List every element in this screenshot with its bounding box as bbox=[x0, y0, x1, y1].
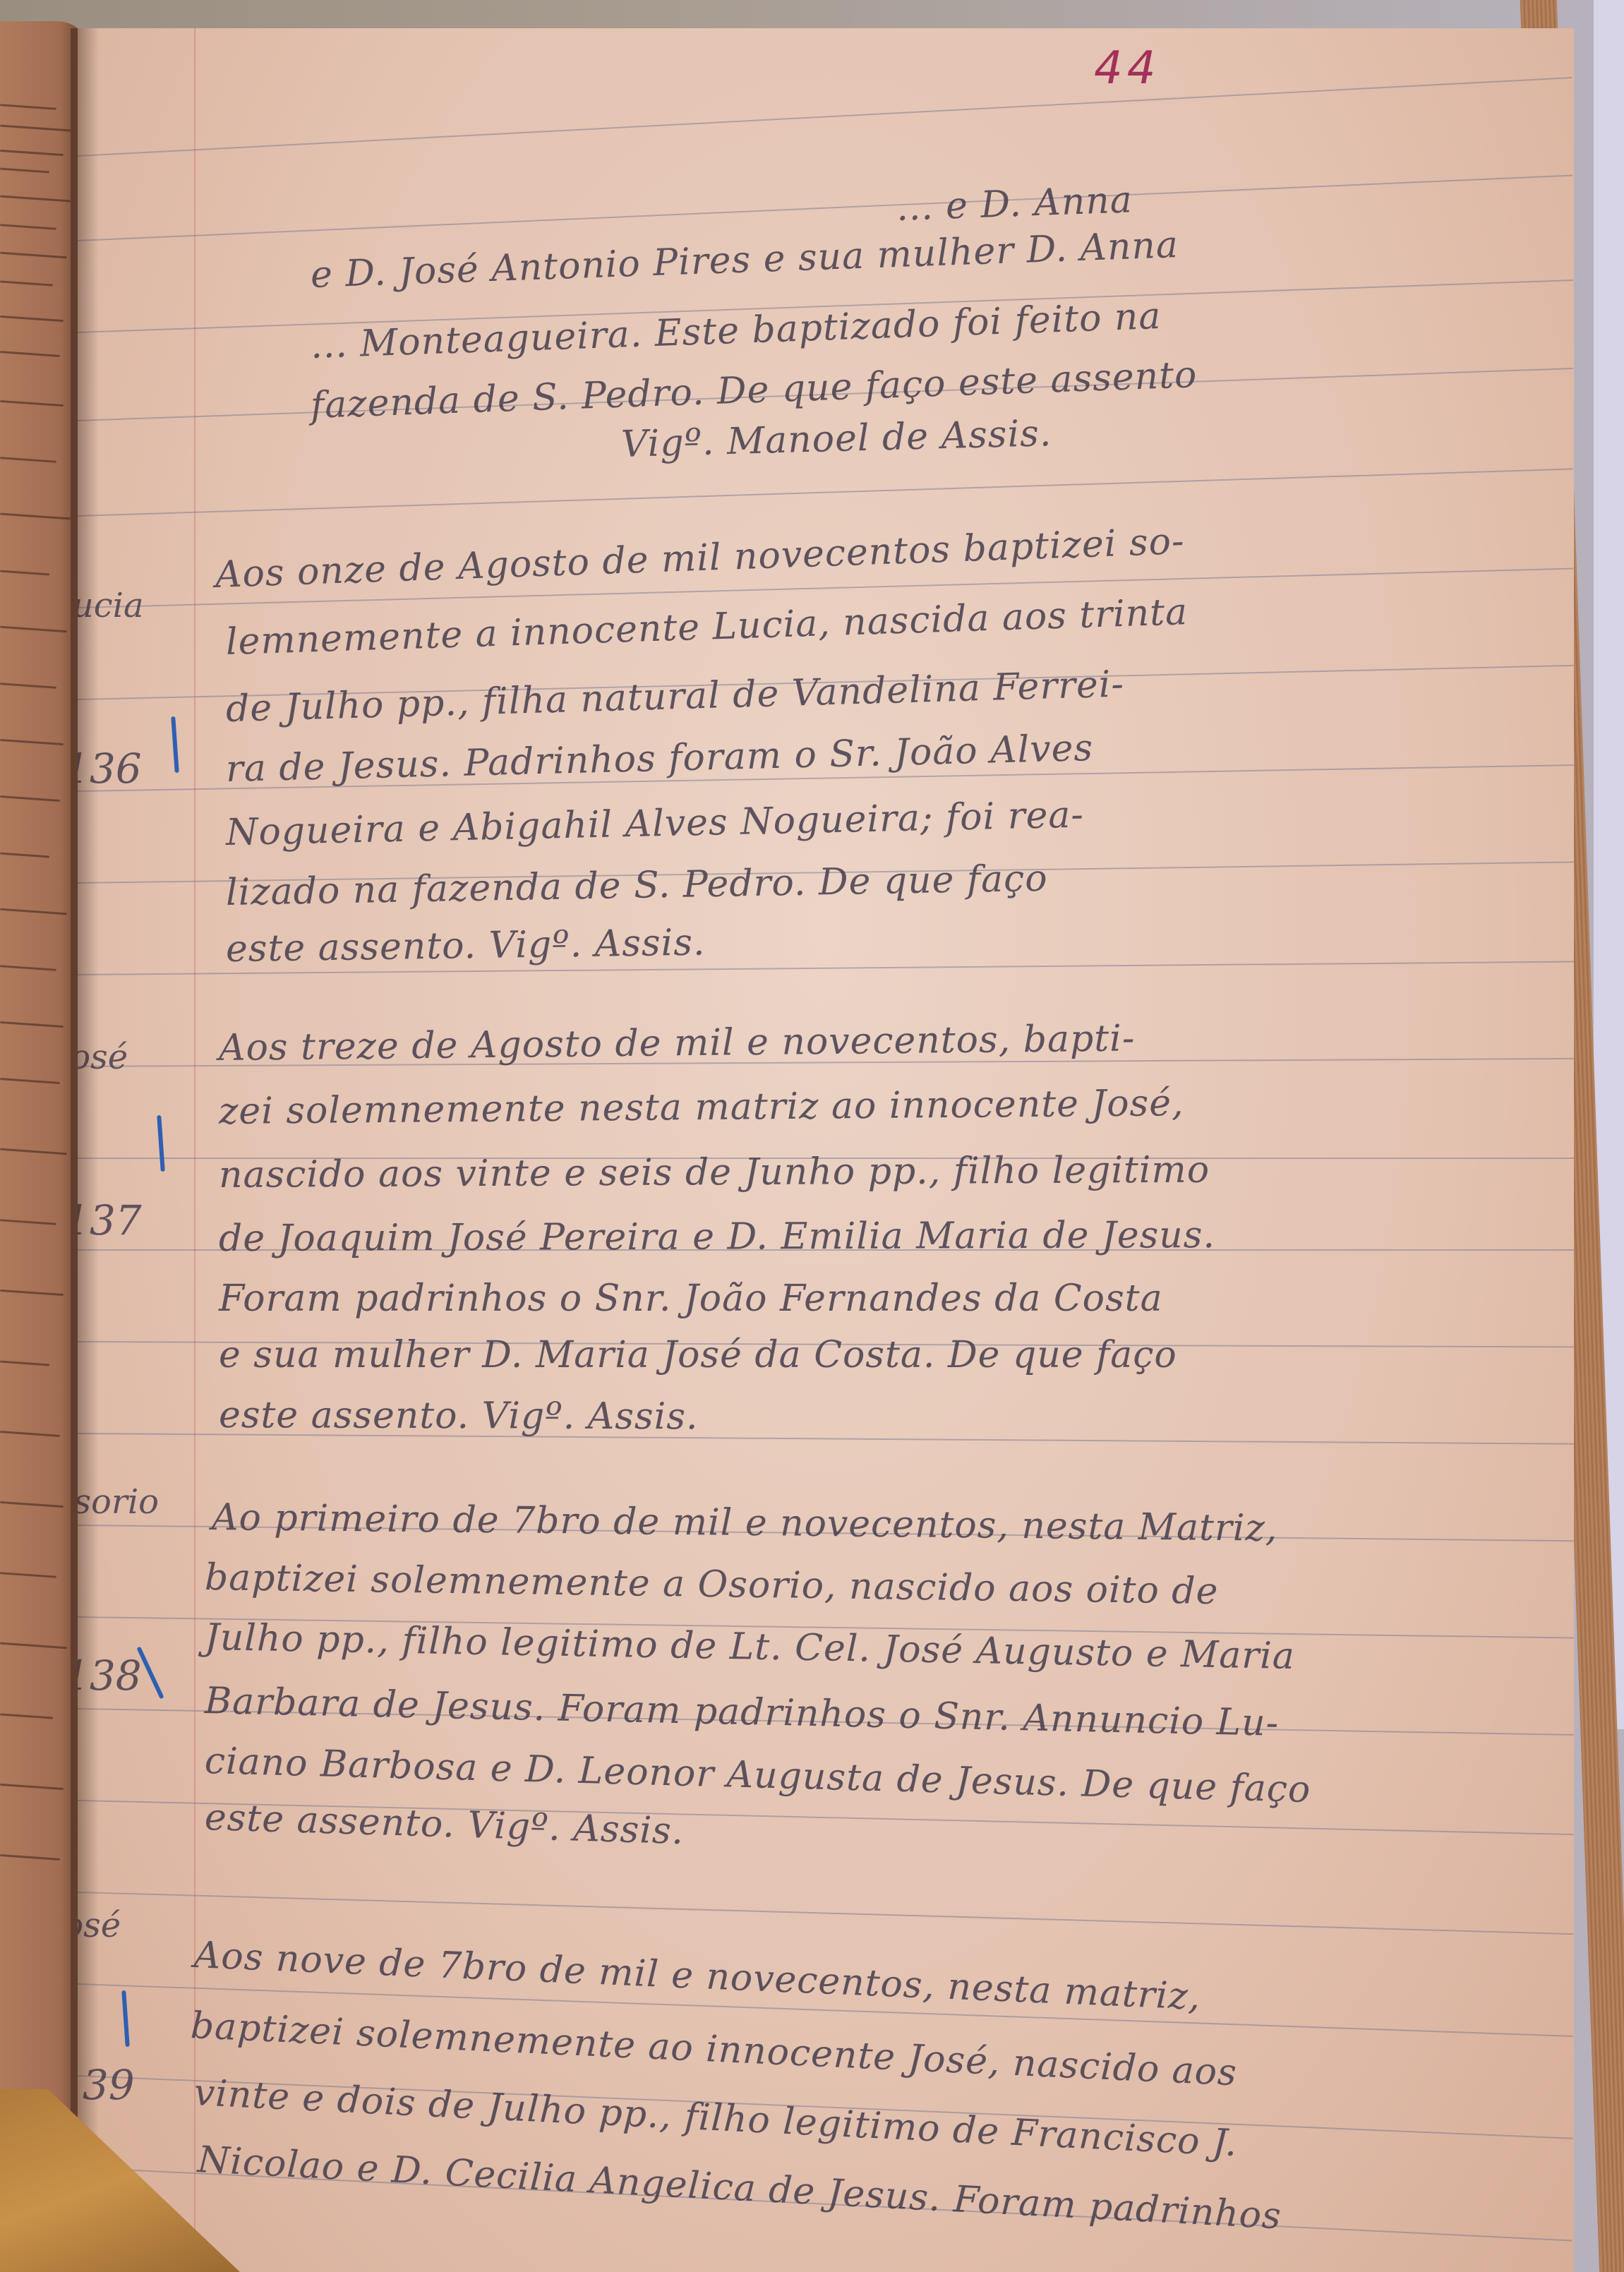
entry-line: Foram padrinhos o Snr. João Fernandes da… bbox=[219, 1278, 1163, 1320]
entry-line: este assento. Vigº. Assis. bbox=[219, 1394, 699, 1438]
continuation-line: ... e D. Anna bbox=[896, 179, 1133, 229]
book-gutter-shadow bbox=[71, 28, 99, 2272]
entry-line: zei solemnemente nesta matriz ao innocen… bbox=[219, 1082, 1184, 1133]
register-page: 44 ... e D. Anna e D. José Antonio Pires… bbox=[78, 28, 1574, 2272]
entry-line: de Joaquim José Pereira e D. Emilia Mari… bbox=[219, 1214, 1215, 1260]
folio-number: 44 bbox=[1094, 42, 1160, 95]
entry-line: este assento. Vigº. Assis. bbox=[226, 922, 706, 970]
entry-line: e sua mulher D. Maria José da Costa. De … bbox=[219, 1334, 1177, 1376]
entry-line: nascido aos vinte e seis de Junho pp., f… bbox=[219, 1149, 1210, 1196]
